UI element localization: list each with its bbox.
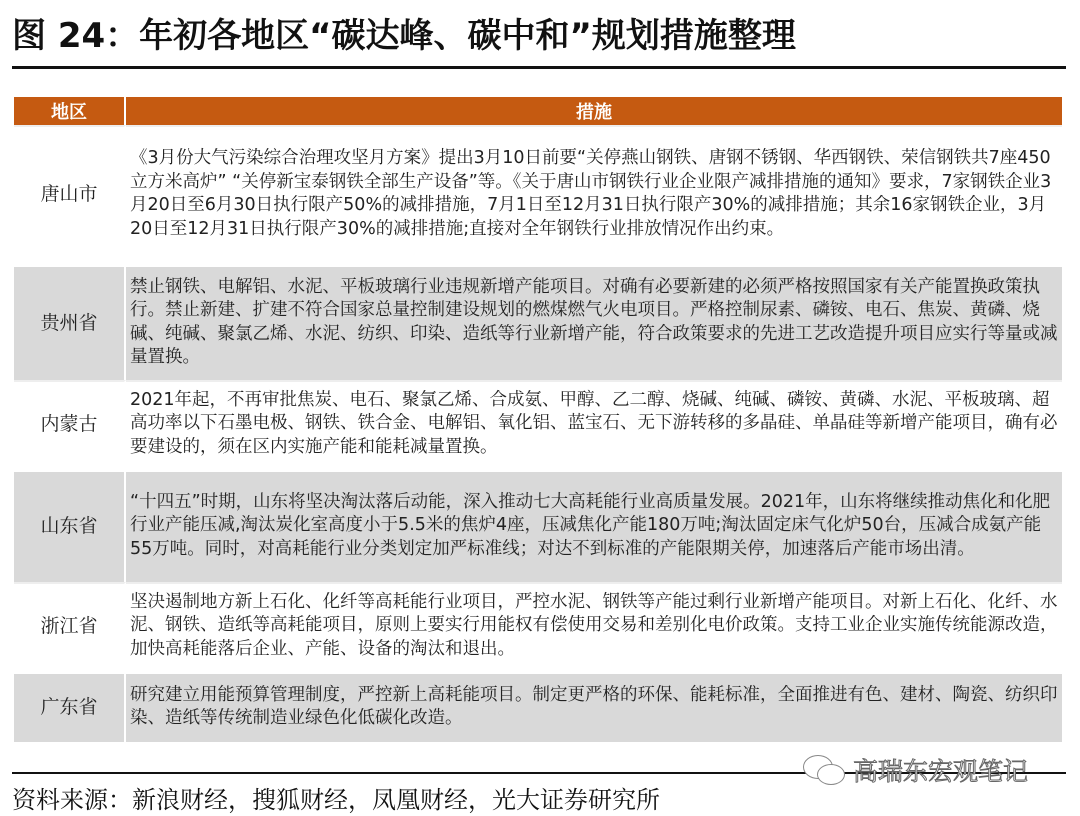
title-divider xyxy=(12,66,1066,69)
region-cell: 内蒙古 xyxy=(14,380,126,468)
table-row: 贵州省 禁止钢铁、电解铝、水泥、平板玻璃行业违规新增产能项目。对确有必要新建的必… xyxy=(14,263,1062,380)
measures-cell: 2021年起，不再审批焦炭、电石、聚氯乙烯、合成氨、甲醇、乙二醇、烧碱、纯碱、磷… xyxy=(126,380,1062,468)
measures-cell: 禁止钢铁、电解铝、水泥、平板玻璃行业违规新增产能项目。对确有必要新建的必须严格按… xyxy=(126,263,1062,380)
column-header-region: 地区 xyxy=(14,97,126,125)
column-header-measures: 措施 xyxy=(126,97,1062,125)
measures-cell: 研究建立用能预算管理制度，严控新上高耗能项目。制定更严格的环保、能耗标准，全面推… xyxy=(126,670,1062,742)
source-note: 资料来源：新浪财经，搜狐财经，凤凰财经，光大证券研究所 xyxy=(12,780,660,815)
watermark-text: 高瑞东宏观笔记 xyxy=(853,752,1028,788)
region-cell: 浙江省 xyxy=(14,582,126,670)
table-header-row: 地区 措施 xyxy=(14,97,1062,125)
table-row: 浙江省 坚决遏制地方新上石化、化纤等高耗能行业项目，严控水泥、钢铁等产能过剩行业… xyxy=(14,582,1062,670)
region-cell: 唐山市 xyxy=(14,125,126,263)
table-row: 山东省 “十四五”时期，山东将坚决淘汰落后动能，深入推动七大高耗能行业高质量发展… xyxy=(14,468,1062,582)
region-cell: 广东省 xyxy=(14,670,126,742)
table-row: 唐山市 《3月份大气污染综合治理攻坚月方案》提出3月10日前要“关停燕山钢铁、唐… xyxy=(14,125,1062,263)
table-row: 内蒙古 2021年起，不再审批焦炭、电石、聚氯乙烯、合成氨、甲醇、乙二醇、烧碱、… xyxy=(14,380,1062,468)
measures-cell: 《3月份大气污染综合治理攻坚月方案》提出3月10日前要“关停燕山钢铁、唐钢不锈钢… xyxy=(126,125,1062,263)
watermark: 高瑞东宏观笔记 xyxy=(803,752,1028,788)
wechat-icon xyxy=(803,755,847,785)
region-cell: 山东省 xyxy=(14,468,126,582)
measures-cell: 坚决遏制地方新上石化、化纤等高耗能行业项目，严控水泥、钢铁等产能过剩行业新增产能… xyxy=(126,582,1062,670)
measures-table: 地区 措施 唐山市 《3月份大气污染综合治理攻坚月方案》提出3月10日前要“关停… xyxy=(14,97,1062,742)
table-row: 广东省 研究建立用能预算管理制度，严控新上高耗能项目。制定更严格的环保、能耗标准… xyxy=(14,670,1062,742)
measures-cell: “十四五”时期，山东将坚决淘汰落后动能，深入推动七大高耗能行业高质量发展。202… xyxy=(126,468,1062,582)
region-cell: 贵州省 xyxy=(14,263,126,380)
figure-title: 图 24：年初各地区“碳达峰、碳中和”规划措施整理 xyxy=(12,8,796,57)
